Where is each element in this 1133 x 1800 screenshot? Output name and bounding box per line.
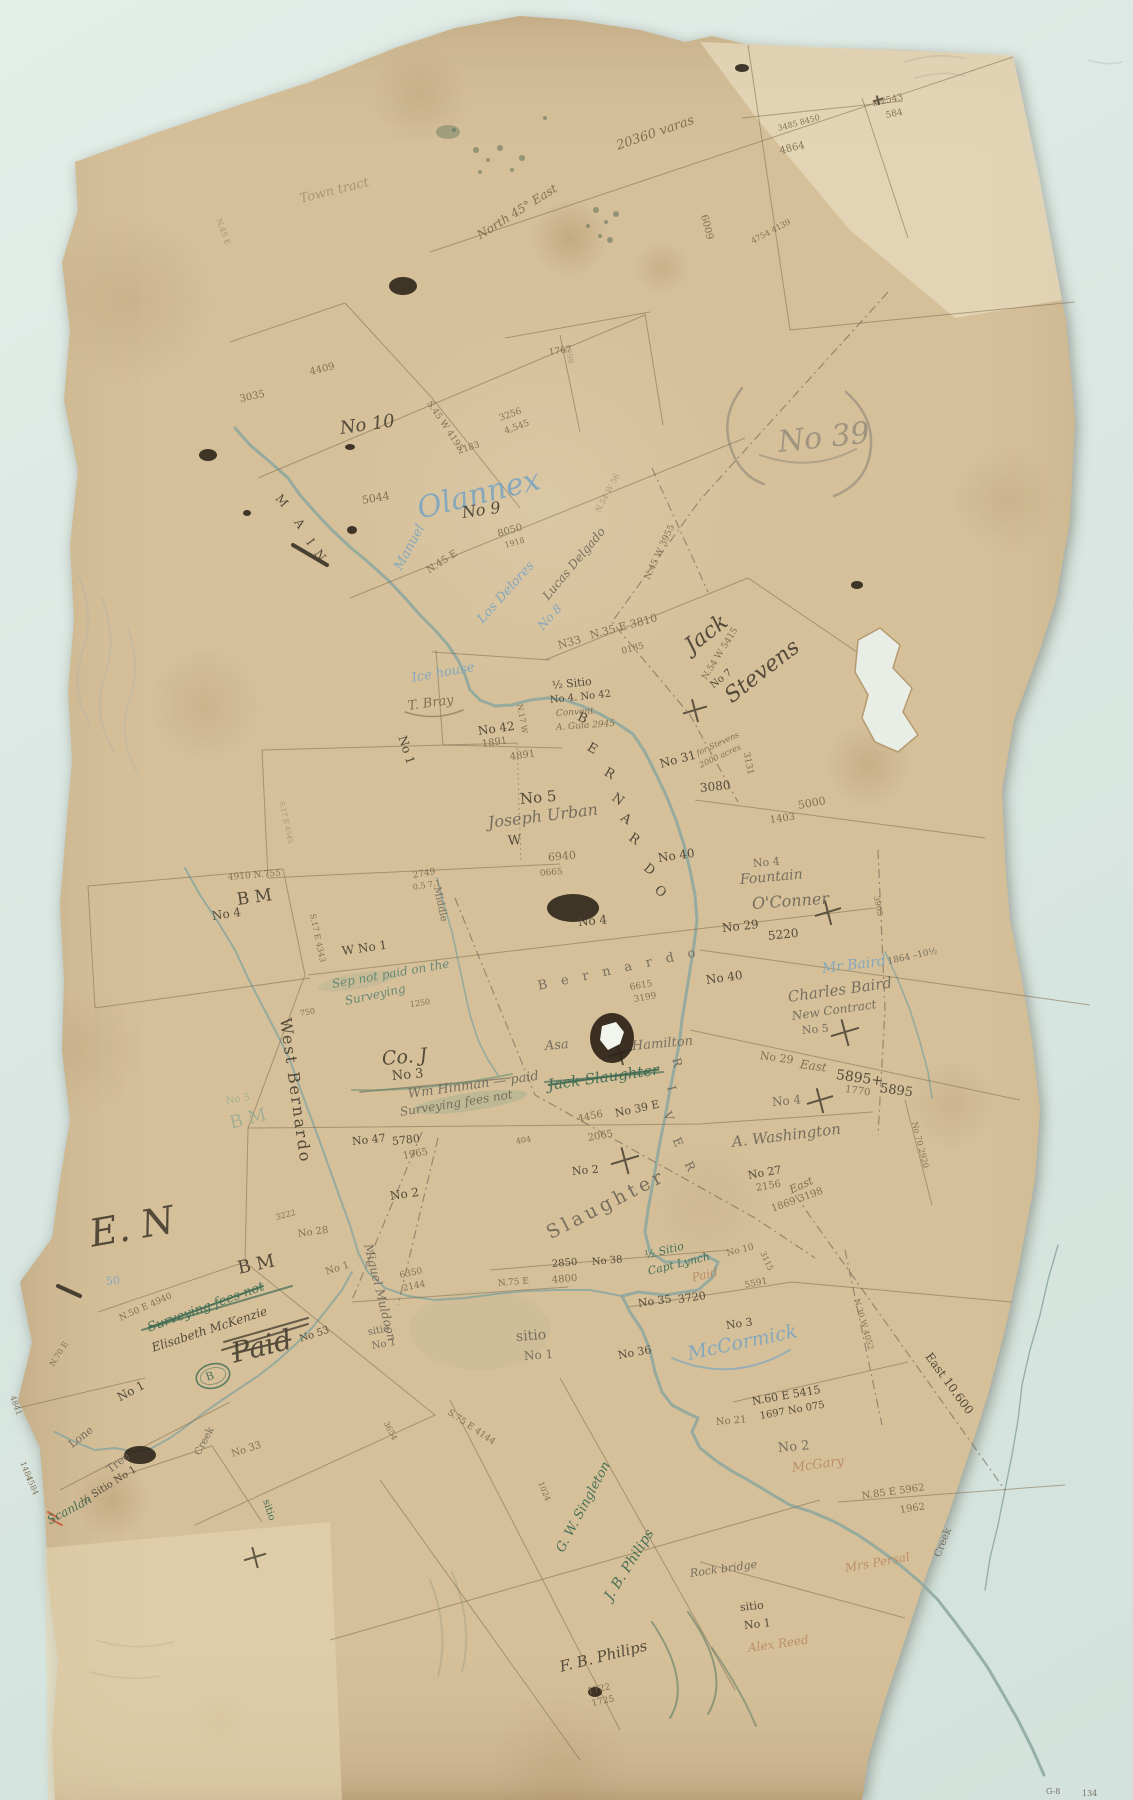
map-label: V (661, 1110, 675, 1122)
map-label: No 2 (389, 1186, 420, 1202)
map-label: M (273, 492, 290, 509)
map-label: 5000 (797, 795, 826, 811)
map-label: 2850 (552, 1258, 578, 1270)
map-label: Creek (933, 1527, 954, 1559)
map-label: Charles Baird (787, 975, 893, 1004)
map-label: No 47 (351, 1133, 386, 1147)
map-label: N.45 E (425, 549, 459, 576)
map-label: No 33 (230, 1441, 262, 1460)
map-label: West Bernardo (277, 1017, 313, 1164)
map-label: No 40 (657, 847, 695, 864)
map-label: No 40 (705, 969, 743, 986)
map-label: 3654 (381, 1420, 398, 1442)
map-label: R (683, 1159, 698, 1172)
map-label: 3222 (275, 1209, 297, 1222)
map-label: Rock bridge (689, 1559, 758, 1579)
map-label: W No 1 (341, 939, 388, 957)
map-label: No 21 (716, 1415, 747, 1428)
map-label: N.45 E (214, 218, 231, 247)
map-label: No 1 (115, 1379, 146, 1403)
map-label: Scanlan (45, 1493, 93, 1526)
map-label: sitio (516, 1328, 547, 1344)
map-label: ½ Sitio (551, 676, 592, 691)
scanned-map-page: { "map": { "colors": { "paper": "#d5c09a… (0, 0, 1133, 1800)
map-label: N.17 W (515, 703, 528, 734)
map-label: No 4 (211, 906, 242, 922)
map-label: 750 (299, 1007, 315, 1018)
map-label: E (585, 741, 600, 757)
map-label: Jack Slaughter (547, 1062, 660, 1092)
map-label: F. B. Philips (558, 1639, 649, 1675)
map-label: 2065 (587, 1130, 614, 1144)
map-label: D (641, 862, 657, 879)
map-label: 1965 (402, 1148, 429, 1162)
map-label: E. N (87, 1201, 177, 1253)
map-label: 6350 (399, 1267, 423, 1281)
map-label: No 70 2920 (910, 1121, 929, 1169)
map-label: Joseph Urban (487, 802, 599, 831)
map-label: No 8 (536, 602, 564, 632)
map-label: S.17 E 4343 (308, 913, 326, 963)
map-label: 298 (563, 348, 575, 365)
map-label: No 31 (658, 749, 697, 770)
map-label: 4584 (24, 1475, 39, 1497)
map-label: x 2543 (872, 94, 904, 109)
map-label: Hamilton (631, 1035, 693, 1053)
map-label: G-8 (1046, 1788, 1060, 1796)
map-label: 1770 (844, 1085, 871, 1098)
map-label: G. W. Singleton (554, 1460, 613, 1555)
map-label: 1725 (591, 1695, 615, 1709)
map-label: Lone (67, 1424, 95, 1450)
map-label: E (671, 1135, 686, 1148)
map-label: 1250 (409, 998, 430, 1009)
map-labels-layer: 20360 varasNorth 45° EastTown tractx 254… (0, 0, 1133, 1800)
map-label: 1403 (769, 813, 796, 826)
map-label: W (507, 834, 521, 848)
map-label: No 2 (777, 1439, 810, 1455)
map-label: No 42 (477, 720, 515, 737)
map-label: Ice house (411, 661, 475, 685)
map-label: 3485 8450 (777, 114, 821, 133)
map-label: Manuel (392, 523, 427, 573)
map-label: No 1 (743, 1617, 771, 1631)
map-label: sitio (739, 1600, 764, 1613)
map-label: 4409 (309, 362, 336, 378)
map-label: Middle (431, 886, 448, 923)
map-label: 134 (1082, 1790, 1097, 1798)
map-label: East (799, 1058, 827, 1074)
map-label: 4891 (509, 750, 536, 763)
map-label: N.30 W 4052 (852, 1298, 874, 1351)
map-label: B M (236, 887, 273, 909)
map-label: Creek (194, 1426, 217, 1457)
map-label: N (609, 791, 626, 808)
map-label: No 35 (637, 1293, 672, 1309)
map-label: N.70 E (49, 1340, 70, 1368)
map-label: No 53 (298, 1326, 330, 1345)
map-label: No 4. No 42 (549, 690, 611, 706)
map-label: O (652, 884, 669, 901)
map-label: R (670, 1056, 684, 1068)
map-label: No 4 (771, 1093, 801, 1107)
map-label: N (312, 548, 328, 563)
map-label: No 39 (776, 418, 871, 457)
map-label: N.35 E 3810 (589, 612, 659, 641)
map-label: No 39 E (614, 1099, 661, 1119)
map-label: No 4 (577, 913, 607, 927)
map-label: A (292, 517, 307, 531)
map-label: Lucas Delgado (540, 525, 607, 602)
map-label: B M (236, 1252, 276, 1277)
map-label: 3131 (741, 752, 755, 776)
map-label: No 1 (324, 1261, 350, 1278)
map-label: S.75 E 4144 (445, 1409, 496, 1447)
map-label: A. Washington (731, 1122, 842, 1150)
map-label: Asa (544, 1038, 569, 1053)
map-label: No 28 (297, 1226, 329, 1240)
map-label: McGary (791, 1455, 845, 1475)
map-label: 4910 N.755 (228, 869, 282, 883)
map-label: sitio (260, 1498, 276, 1522)
map-label: No 4 (753, 856, 781, 869)
map-label: No 1 (396, 734, 416, 765)
map-label: 3199 (633, 992, 657, 1005)
map-label: 3905 (872, 895, 883, 916)
map-label: B e r n a r d o (537, 946, 702, 993)
map-label: B (204, 1370, 215, 1383)
map-label: 404 (515, 1135, 531, 1146)
map-label: No 29 (721, 918, 759, 934)
map-label: 50 (106, 1275, 121, 1287)
map-label: 4800 (552, 1274, 578, 1286)
map-label: 1891 (481, 737, 508, 750)
map-label: R (602, 766, 617, 782)
map-label: 1024 (536, 1481, 551, 1503)
map-label: No 1 (524, 1348, 554, 1362)
map-label: Slaughter (544, 1167, 669, 1243)
map-label: S.17 E 4545 (278, 801, 294, 845)
map-label: 4,545 (503, 419, 530, 436)
map-label: 6940 (548, 850, 577, 863)
map-label: 1864 –10½ (887, 948, 938, 967)
map-label: 5895 (879, 1082, 914, 1099)
map-label: Fountain (739, 868, 803, 887)
map-label: R (626, 831, 641, 847)
map-label: J. B. Philips (602, 1527, 657, 1603)
map-label: No 3 (225, 1093, 251, 1107)
map-label: 1918 (504, 537, 526, 550)
map-label: Los Delores (475, 559, 537, 626)
map-label: East 10.600 (923, 1350, 975, 1416)
map-label: B M (228, 1106, 269, 1133)
map-label: 1962 (899, 1503, 926, 1516)
map-label: 2144 (402, 1280, 426, 1294)
map-label: No 2 (572, 1164, 600, 1177)
map-label: No 1 (371, 1338, 397, 1352)
map-label: 3035 (239, 390, 266, 405)
map-label: Stevens (721, 636, 804, 707)
map-label: N.85 E 5962 (861, 1483, 925, 1502)
map-label: 20360 varas (615, 114, 696, 153)
map-label: 0185 (621, 642, 645, 657)
map-label: 5780 (391, 1133, 420, 1147)
map-label: Town tract (298, 176, 370, 206)
map-label: 4456 (577, 1110, 604, 1125)
map-label: No 36 (617, 1344, 652, 1361)
map-label: Paid (229, 1326, 295, 1368)
map-label: 4864 (779, 141, 806, 157)
map-label: 3080 (699, 779, 731, 794)
map-label: N.54 W 56 (594, 472, 621, 513)
map-label: 6009 (698, 214, 714, 241)
map-label: N33 (557, 634, 583, 651)
map-label: S.45 W 4195 (424, 400, 464, 453)
map-label: 3115 (758, 1250, 774, 1272)
map-label: No 5 (802, 1023, 830, 1036)
map-label: Alex Reed (747, 1634, 809, 1654)
map-label: 5044 (361, 490, 390, 506)
map-label: 4754 4139 (750, 218, 792, 245)
map-label: 5591 (744, 1277, 768, 1291)
map-label: N.75 E (498, 1277, 530, 1289)
map-label: 2156 (755, 1180, 782, 1194)
map-label: No 29 (759, 1050, 794, 1066)
map-label: No 10 (339, 412, 396, 438)
map-label: T. Bray (407, 694, 454, 713)
map-label: No 10 (726, 1243, 755, 1258)
map-label: O'Conner (751, 891, 829, 912)
map-label: No 9 (461, 500, 502, 521)
map-label: 5220 (767, 927, 799, 942)
map-label: A (618, 811, 633, 827)
map-label: No 38 (592, 1255, 623, 1268)
map-label: Mr Baird (821, 954, 886, 976)
map-label: 4841 (8, 1395, 22, 1417)
map-label: N.45 W 3955 (644, 524, 677, 582)
map-label: 0665 (540, 868, 564, 879)
map-label: I (665, 1084, 678, 1092)
map-label: No 3 (391, 1067, 424, 1083)
map-label: North 45° East (475, 182, 559, 241)
map-label: Mrs Persal (844, 1551, 911, 1574)
map-label: I (304, 537, 317, 548)
map-label: Paid (691, 1266, 719, 1284)
map-label: 3720 (677, 1290, 706, 1305)
map-label: 584 (885, 109, 904, 121)
